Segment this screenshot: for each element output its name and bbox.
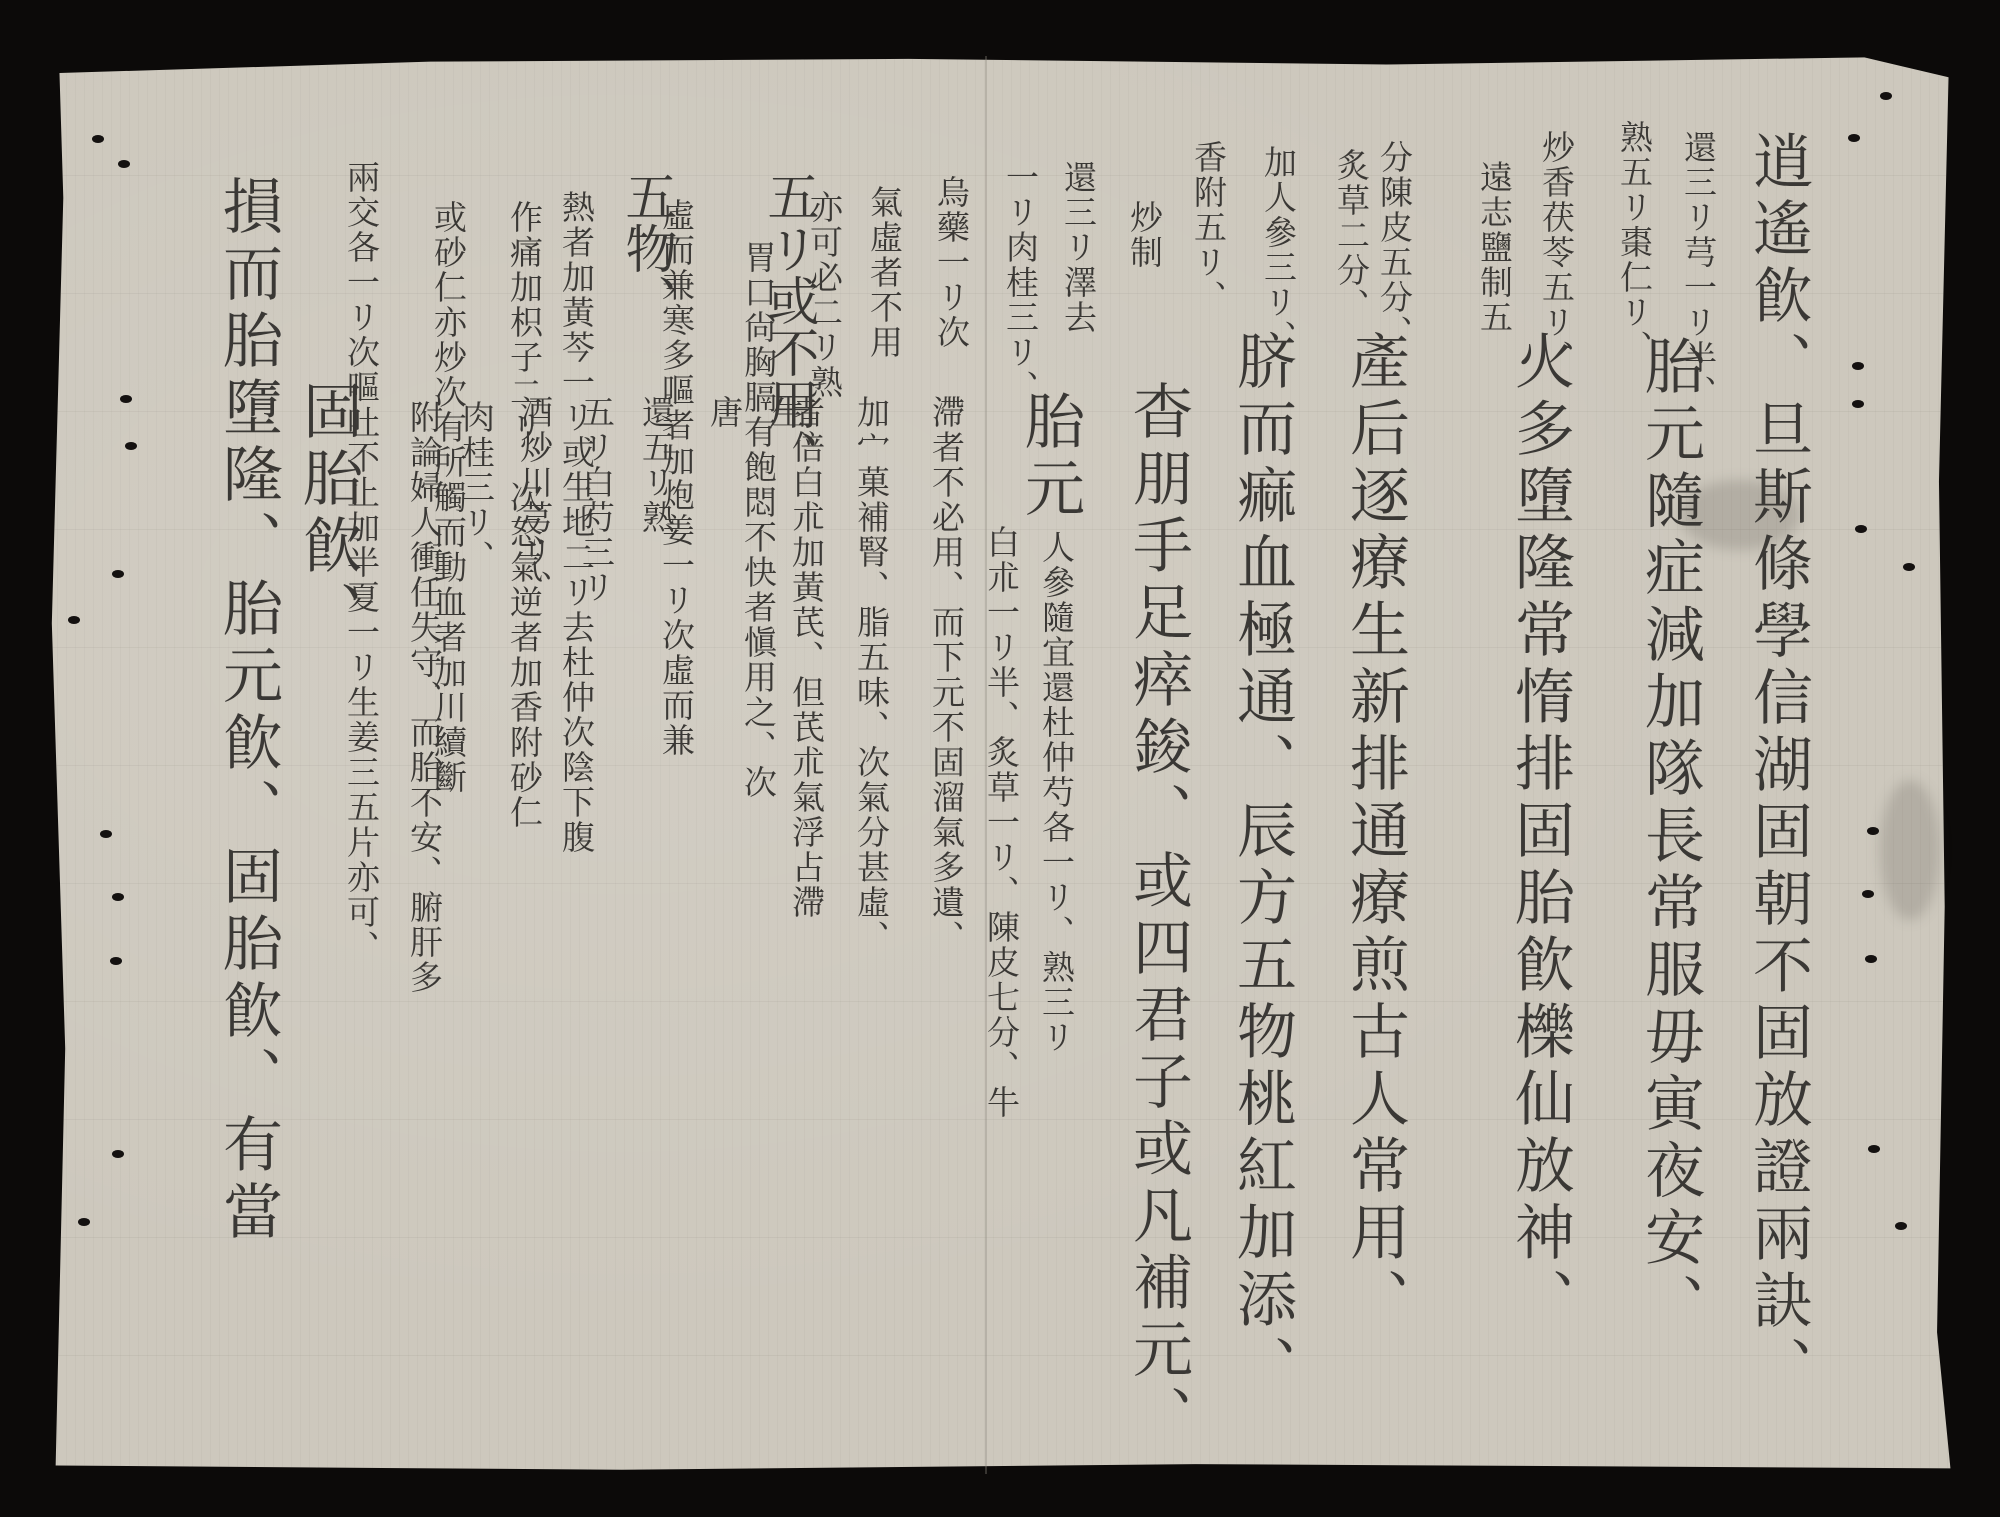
binding-hole — [92, 135, 104, 143]
binding-hole — [1862, 890, 1874, 898]
text-column: 白朮一リ半、炙草一リ、陳皮七分、牛 — [985, 525, 1018, 1120]
text-column: 五リ白芍三リ — [580, 395, 613, 605]
text-column: 肉桂三リ、 — [460, 400, 493, 575]
binding-hole — [100, 830, 112, 838]
text-column: 加人參三リ、 — [1262, 145, 1295, 355]
text-column: 杳朋手足瘁鋑、或四君子或凡補元、 — [1128, 380, 1188, 1452]
text-column: 酒炒川芎リ、 — [518, 395, 551, 605]
text-column: 逍遙飮、旦斯條學信湖固朝不固放證兩訣、 — [1748, 130, 1808, 1403]
binding-hole — [120, 395, 132, 403]
binding-hole — [1895, 1222, 1907, 1230]
text-column: 熟五リ棗仁リ、 — [1618, 120, 1651, 365]
text-column: 胃口尙胸膈有飽悶不快者愼用之、次 — [742, 240, 775, 800]
text-column: 脐而痲血極通、辰方五物桃紅加添、 — [1232, 330, 1292, 1402]
text-column: 滯者不必用、而下元不固溜氣多遺、 — [930, 395, 963, 955]
binding-hole — [1865, 955, 1877, 963]
binding-hole — [1855, 525, 1867, 533]
ink-smudge — [1880, 780, 1940, 920]
text-column: 加宀菓補腎、脂五味、次氣分甚虛、 — [855, 395, 888, 955]
text-column: 產后逐療生新排通療煎古人常用、 — [1345, 330, 1405, 1335]
binding-hole — [112, 893, 124, 901]
binding-hole — [1852, 400, 1864, 408]
binding-hole — [1852, 362, 1864, 370]
binding-hole — [118, 160, 130, 168]
binding-hole — [110, 957, 122, 965]
text-column: 人參隨宜還杜仲芍各一リ、熟三リ — [1040, 530, 1073, 1055]
text-column: 香附五リ、 — [1192, 140, 1225, 315]
binding-hole — [1880, 92, 1892, 100]
text-column: 一リ肉桂三リ、 — [1004, 160, 1037, 405]
text-column: 胎元 — [1020, 390, 1080, 524]
binding-hole — [78, 1218, 90, 1226]
text-column: 烏藥一リ次 — [935, 175, 968, 350]
text-column: 附論婦人衝任失守、而胎不安、腑肝多 — [408, 400, 441, 995]
text-column: 還三リ澤去 — [1062, 160, 1095, 335]
text-column: 固胎飮、 — [298, 380, 358, 648]
text-column: 炙草二分、 — [1335, 148, 1368, 323]
text-column: 氣虛者不用 — [868, 185, 901, 360]
binding-hole — [1867, 827, 1879, 835]
text-column: 唐 — [708, 395, 741, 430]
text-column: 分陳皮五分、 — [1378, 140, 1411, 350]
binding-hole — [1848, 134, 1860, 142]
text-column: 火多墮隆常惰排固胎飮櫟仙放神、 — [1510, 330, 1570, 1335]
binding-hole — [1868, 1145, 1880, 1153]
binding-hole — [112, 1150, 124, 1158]
text-column: 遠志鹽制五 — [1478, 160, 1511, 335]
binding-hole — [68, 616, 80, 624]
text-column: 損而胎墮隆、胎元飮、固胎飮、有當 — [218, 175, 278, 1247]
text-column: 胎元隨症減加隊長常服毋寅夜安、 — [1640, 335, 1700, 1340]
text-column: 炒制 — [1128, 200, 1161, 270]
binding-hole — [112, 570, 124, 578]
binding-hole — [125, 442, 137, 450]
binding-hole — [1903, 563, 1915, 571]
text-column: 還五リ熟 — [640, 395, 673, 535]
